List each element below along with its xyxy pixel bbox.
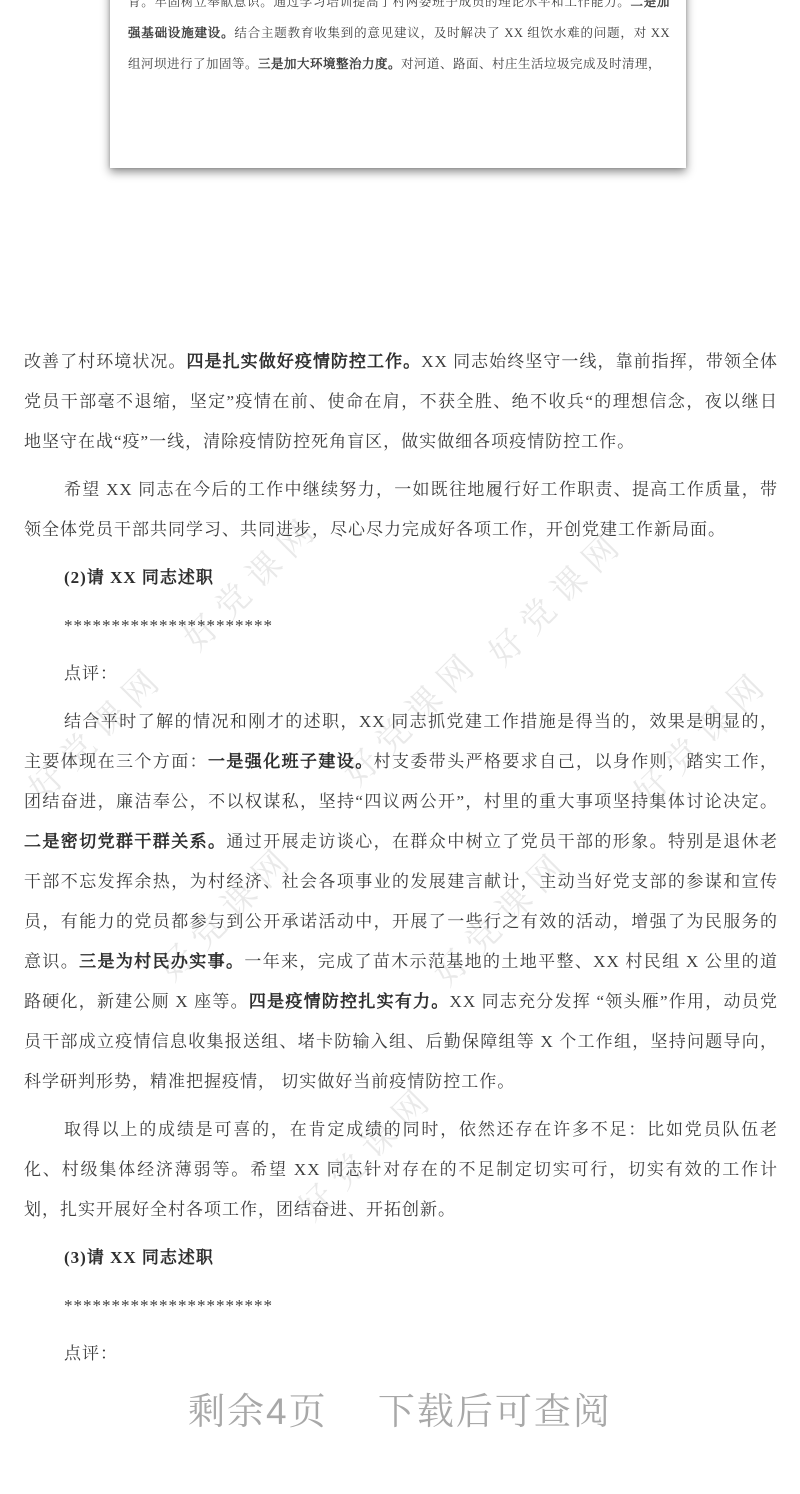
paragraph: 取得以上的成绩是可喜的，在肯定成绩的同时，依然还存在许多不足：比如党员队伍老化、…: [24, 1110, 778, 1230]
bold-text-run: 三是为村民办实事。: [79, 952, 244, 971]
text-run: 点评：: [64, 664, 118, 683]
text-run: 点评：: [64, 1344, 118, 1363]
text-run: 对河道、路面、村庄生活垃圾完成及时清理，: [401, 57, 661, 71]
document-body: 改善了村环境状况。四是扎实做好疫情防控工作。XX 同志始终坚守一线，靠前指挥，带…: [24, 342, 778, 1374]
text-run: **********************: [64, 1296, 273, 1315]
paragraph: 希望 XX 同志在今后的工作中继续努力，一如既往地履行好工作职责、提高工作质量，…: [24, 470, 778, 550]
paragraph: 结合平时了解的情况和刚才的述职，XX 同志抓党建工作措施是得当的，效果是明显的，…: [24, 702, 778, 1102]
bold-text-run: 四是扎实做好疫情防控工作。: [187, 352, 422, 371]
bold-text-run: 一是强化班子建设。: [208, 752, 374, 771]
bold-text-run: 三是加大环境整治力度。: [258, 57, 401, 71]
bold-text-run: 四是疫情防控扎实有力。: [249, 992, 450, 1011]
remaining-pages-notice: 剩余4页 下载后可查阅: [0, 1390, 800, 1434]
download-hint: 下载后可查阅: [378, 1391, 612, 1432]
bold-text-run: (3)请 XX 同志述职: [64, 1248, 214, 1267]
text-run: 改善了村环境状况。: [24, 352, 187, 371]
text-run: **********************: [64, 616, 273, 635]
document-page-partial: 育。牢固树立奉献意识。通过学习培训提高了村两委班子成员的理论水平和工作能力。二是…: [110, 0, 686, 168]
bold-text-run: (2)请 XX 同志述职: [64, 568, 214, 587]
text-run: 育。牢固树立奉献意识。通过学习培训提高了村两委班子成员的理论水平和工作能力。: [128, 0, 631, 9]
text-run: 通过开展走访谈心，在群众中树立了党员干部的形象。特别是退休老干部不忘发挥余热，为…: [24, 832, 778, 971]
section-heading: (2)请 XX 同志述职: [24, 558, 778, 598]
text-run: 取得以上的成绩是可喜的，在肯定成绩的同时，依然还存在许多不足：比如党员队伍老化、…: [24, 1120, 778, 1219]
text-run: 希望 XX 同志在今后的工作中继续努力，一如既往地履行好工作职责、提高工作质量，…: [24, 480, 778, 539]
paragraph: **********************: [24, 1286, 778, 1326]
paragraph: **********************: [24, 606, 778, 646]
bold-text-run: 二是密切党群干群关系。: [24, 832, 226, 851]
section-heading: (3)请 XX 同志述职: [24, 1238, 778, 1278]
page-partial-text: 育。牢固树立奉献意识。通过学习培训提高了村两委班子成员的理论水平和工作能力。二是…: [128, 0, 670, 80]
paragraph: 点评：: [24, 1334, 778, 1374]
paragraph: 点评：: [24, 654, 778, 694]
remaining-pages-count: 剩余4页: [188, 1391, 328, 1432]
paragraph: 改善了村环境状况。四是扎实做好疫情防控工作。XX 同志始终坚守一线，靠前指挥，带…: [24, 342, 778, 462]
